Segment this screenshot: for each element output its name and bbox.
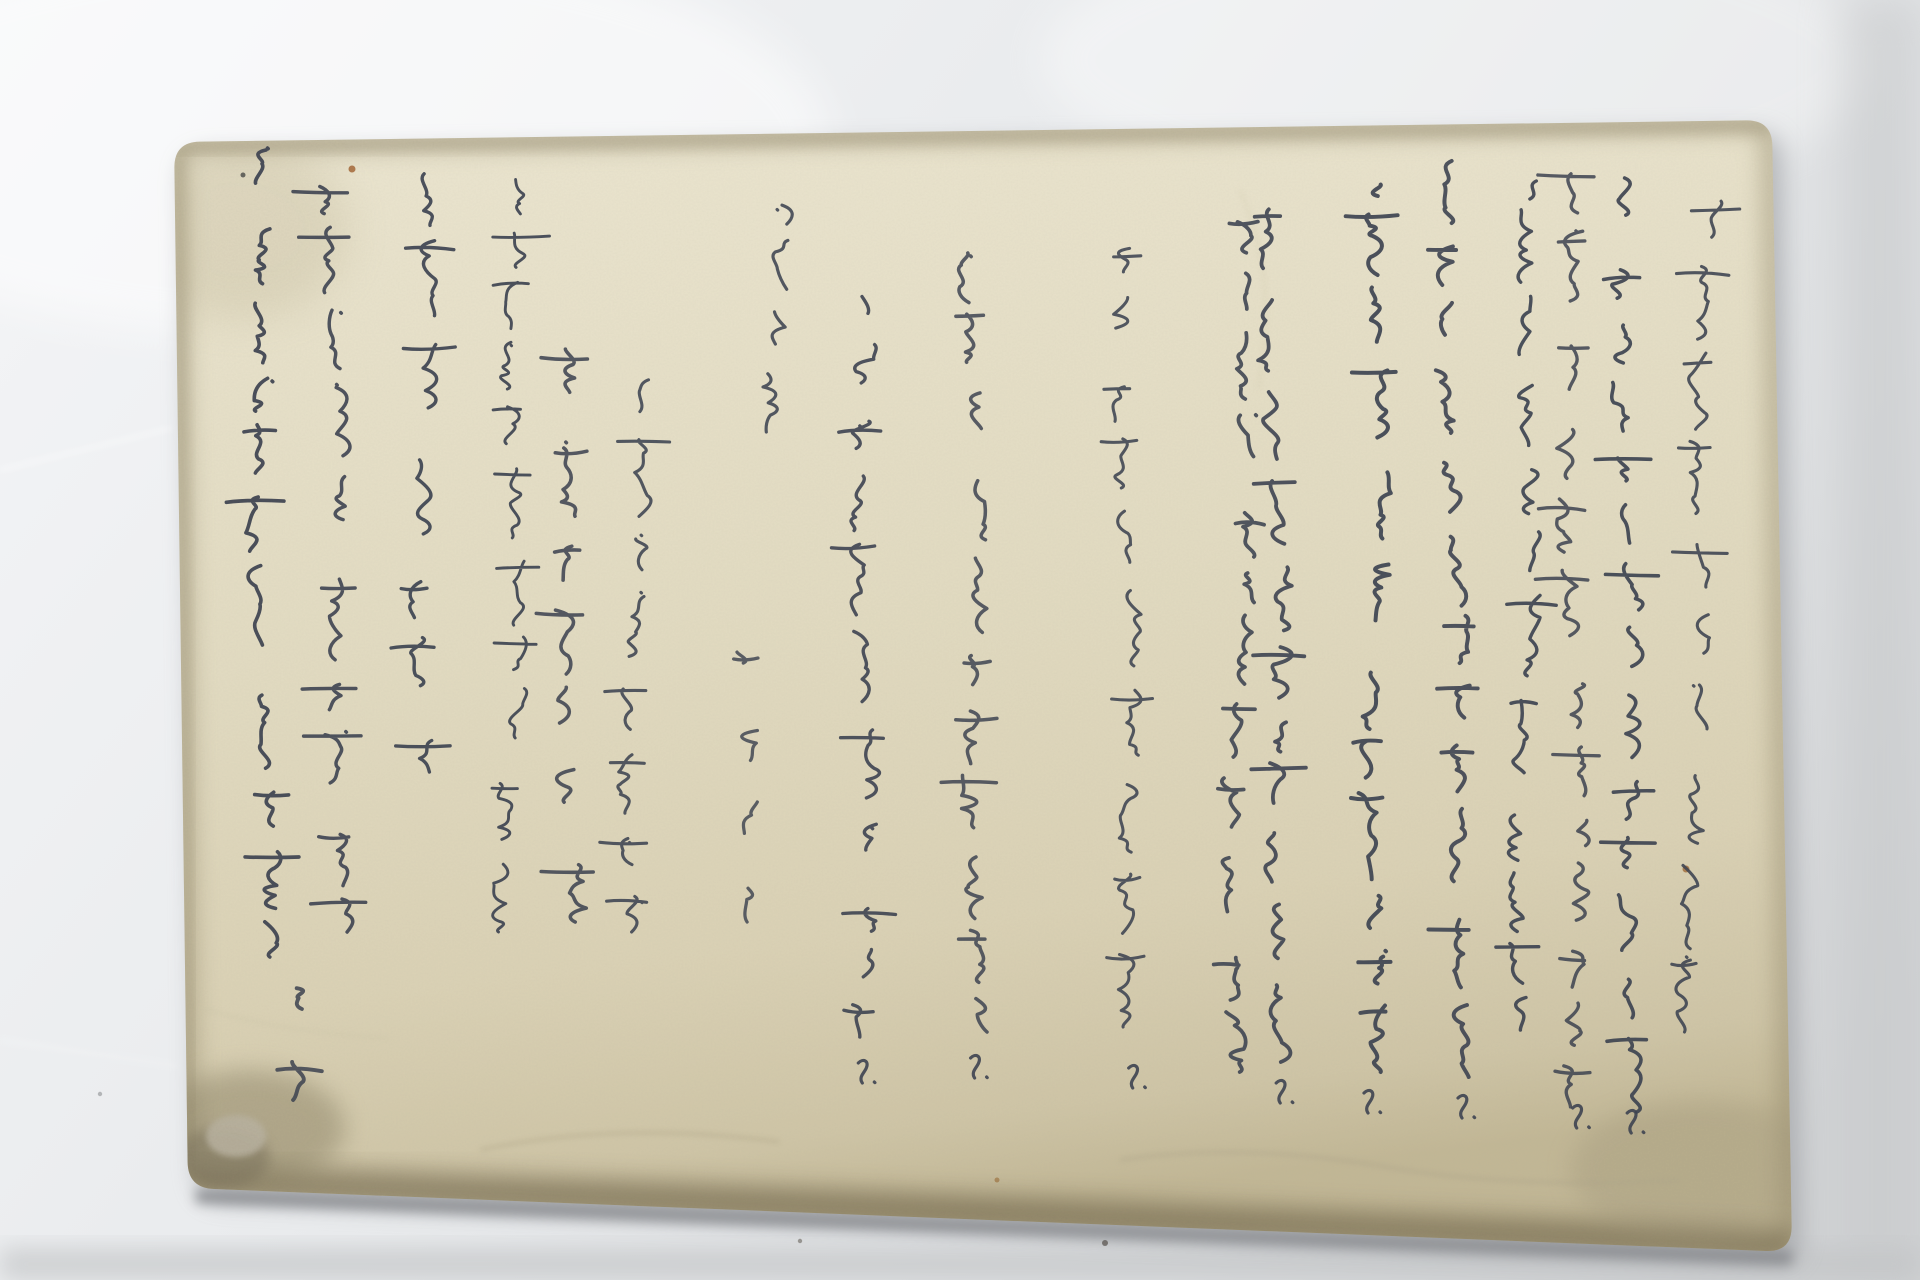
dust-speck (98, 1092, 102, 1096)
dust-speck (798, 1239, 802, 1243)
backdrop-right-band (1840, 0, 1920, 1280)
paper-grain (170, 114, 1796, 1256)
dust-speck (1102, 1240, 1108, 1246)
photo-canvas: મુ. … ૨ ચા. ૧૬મા,…ક્ષ. ૧૬મા ૧રૂ. ૧૩મા ના… (0, 0, 1920, 1280)
postcard-photo: મુ. … ૨ ચા. ૧૬મા,…ક્ષ. ૧૬મા ૧રૂ. ૧૩મા ના… (0, 0, 1920, 1280)
postcard-surface: મુ. … ૨ ચા. ૧૬મા,…ક્ષ. ૧૬મા ૧રૂ. ૧૩મા ના… (130, 105, 1830, 1256)
